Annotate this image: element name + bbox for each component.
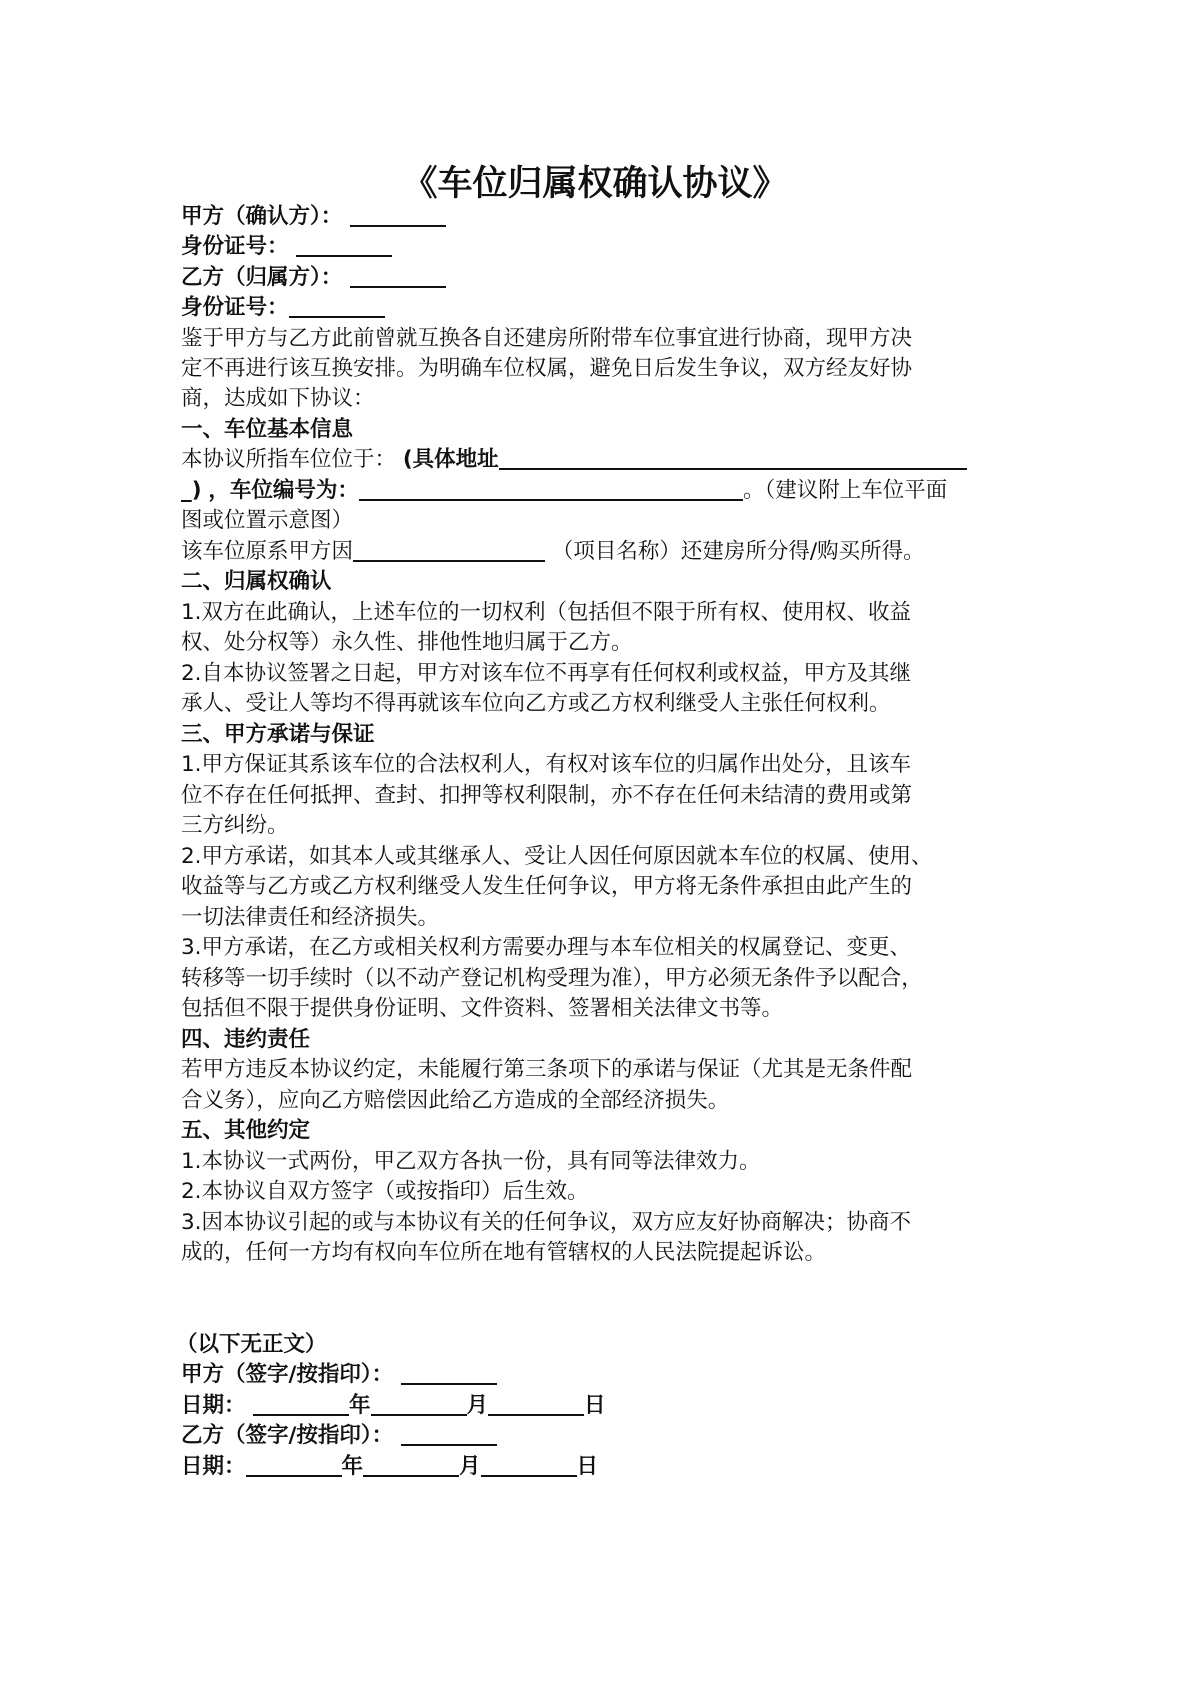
section-2-line: 权、处分权等）永久性、排他性地归属于乙方。 (181, 628, 633, 658)
no-text-below: （以下无正文） (176, 1330, 327, 1360)
document-page: 《车位归属权确认协议》 甲方（确认方）： 身份证号： 乙方（归属方）： 身份证号… (0, 0, 1190, 1683)
section-3-line: 位不存在任何抵押、查封、扣押等权利限制，亦不存在任何未结清的费用或第 (181, 781, 912, 811)
location-prefix: 本协议所指车位位于： (181, 447, 396, 472)
section-4-line: 合义务），应向乙方赔偿因此给乙方造成的全部经济损失。 (181, 1086, 729, 1116)
section-2-line: 1.双方在此确认，上述车位的一切权利（包括但不限于所有权、使用权、收益 (181, 598, 911, 628)
party-b-id-blank[interactable] (289, 294, 385, 318)
origin-suffix: （项目名称）还建房所分得/购买所得。 (552, 539, 925, 564)
section-4-line: 若甲方违反本协议约定，未能履行第三条项下的承诺与保证（尤其是无条件配 (181, 1055, 912, 1085)
section-3-line: 收益等与乙方或乙方权利继受人发生任何争议，甲方将无条件承担由此产生的 (181, 872, 912, 902)
section-5-line: 成的，任何一方均有权向车位所在地有管辖权的人民法院提起诉讼。 (181, 1238, 826, 1268)
year-label: 年 (342, 1454, 364, 1479)
section-2-line: 2.自本协议签署之日起，甲方对该车位不再享有任何权利或权益，甲方及其继 (181, 659, 911, 689)
month-label: 月 (467, 1393, 489, 1418)
origin-prefix: 该车位原系甲方因 (181, 539, 353, 564)
section-5-heading: 五、其他约定 (181, 1116, 310, 1146)
party-b-label: 乙方（归属方）： (181, 265, 342, 290)
party-b-id-label: 身份证号： (181, 295, 289, 320)
party-b-signature-blank[interactable] (401, 1422, 497, 1446)
section-3-line: 包括但不限于提供身份证明、文件资料、签署相关法律文书等。 (181, 994, 783, 1024)
location-line: 本协议所指车位位于： (具体地址 (181, 445, 967, 475)
section-3-heading: 三、甲方承诺与保证 (181, 720, 375, 750)
parking-number-line-end: 图或位置示意图） (181, 506, 353, 536)
address-blank[interactable] (499, 446, 967, 470)
address-blank-end: _) (181, 478, 202, 503)
parking-number-line: _) ，车位编号为：。（建议附上车位平面 (181, 476, 947, 506)
section-5-line: 1.本协议一式两份，甲乙双方各执一份，具有同等法律效力。 (181, 1147, 761, 1177)
day-label: 日 (584, 1393, 606, 1418)
location-bold-label: (具体地址 (403, 447, 499, 472)
party-a-year-blank[interactable] (253, 1392, 349, 1416)
date-label: 日期： (181, 1393, 246, 1418)
party-a-line: 甲方（确认方）： (181, 202, 446, 232)
parking-number-suffix: 。（建议附上车位平面 (743, 478, 947, 503)
party-a-signature-blank[interactable] (401, 1361, 497, 1385)
party-a-id-line: 身份证号： (181, 232, 392, 262)
month-label: 月 (459, 1454, 481, 1479)
party-a-label: 甲方（确认方）： (181, 204, 342, 229)
section-3-line: 转移等一切手续时（以不动产登记机构受理为准），甲方必须无条件予以配合， (181, 964, 923, 994)
party-a-day-blank[interactable] (488, 1392, 584, 1416)
party-a-date-line: 日期： 年月日 (181, 1391, 606, 1421)
party-a-signature-line: 甲方（签字/按指印）： (181, 1360, 497, 1390)
party-b-day-blank[interactable] (481, 1453, 577, 1477)
day-label: 日 (577, 1454, 599, 1479)
party-b-line: 乙方（归属方）： (181, 263, 446, 293)
section-3-line: 一切法律责任和经济损失。 (181, 903, 439, 933)
document-title: 《车位归属权确认协议》 (0, 162, 1190, 206)
preamble-line: 鉴于甲方与乙方此前曾就互换各自还建房所附带车位事宜进行协商，现甲方决 (181, 324, 912, 354)
party-a-id-label: 身份证号： (181, 234, 289, 259)
preamble-line: 商，达成如下协议： (181, 384, 375, 414)
section-2-heading: 二、归属权确认 (181, 567, 332, 597)
preamble-line: 定不再进行该互换安排。为明确车位权属，避免日后发生争议，双方经友好协 (181, 354, 912, 384)
section-5-line: 3.因本协议引起的或与本协议有关的任何争议，双方应友好协商解决；协商不 (181, 1208, 911, 1238)
party-b-date-line: 日期：年月日 (181, 1452, 598, 1482)
party-b-blank[interactable] (350, 264, 446, 288)
parking-number-blank[interactable] (359, 477, 743, 501)
party-b-signature-line: 乙方（签字/按指印）： (181, 1421, 497, 1451)
party-a-month-blank[interactable] (371, 1392, 467, 1416)
party-a-sign-label: 甲方（签字/按指印）： (181, 1362, 393, 1387)
section-2-line: 承人、受让人等均不得再就该车位向乙方或乙方权利继受人主张任何权利。 (181, 689, 891, 719)
section-3-line: 3.甲方承诺，在乙方或相关权利方需要办理与本车位相关的权属登记、变更、 (181, 933, 911, 963)
section-4-heading: 四、违约责任 (181, 1025, 310, 1055)
section-5-line: 2.本协议自双方签字（或按指印）后生效。 (181, 1177, 589, 1207)
party-a-blank[interactable] (350, 203, 446, 227)
party-b-sign-label: 乙方（签字/按指印）： (181, 1423, 393, 1448)
party-b-year-blank[interactable] (246, 1453, 342, 1477)
section-3-line: 三方纠纷。 (181, 811, 289, 841)
origin-line: 该车位原系甲方因 （项目名称）还建房所分得/购买所得。 (181, 537, 925, 567)
date-label: 日期： (181, 1454, 246, 1479)
party-b-id-line: 身份证号： (181, 293, 385, 323)
section-3-line: 1.甲方保证其系该车位的合法权利人，有权对该车位的归属作出处分，且该车 (181, 750, 911, 780)
section-3-line: 2.甲方承诺，如其本人或其继承人、受让人因任何原因就本车位的权属、使用、 (181, 842, 933, 872)
project-name-blank[interactable] (353, 538, 545, 562)
year-label: 年 (349, 1393, 371, 1418)
party-b-month-blank[interactable] (363, 1453, 459, 1477)
section-1-heading: 一、车位基本信息 (181, 415, 353, 445)
party-a-id-blank[interactable] (296, 233, 392, 257)
parking-number-label: ，车位编号为： (208, 478, 359, 503)
